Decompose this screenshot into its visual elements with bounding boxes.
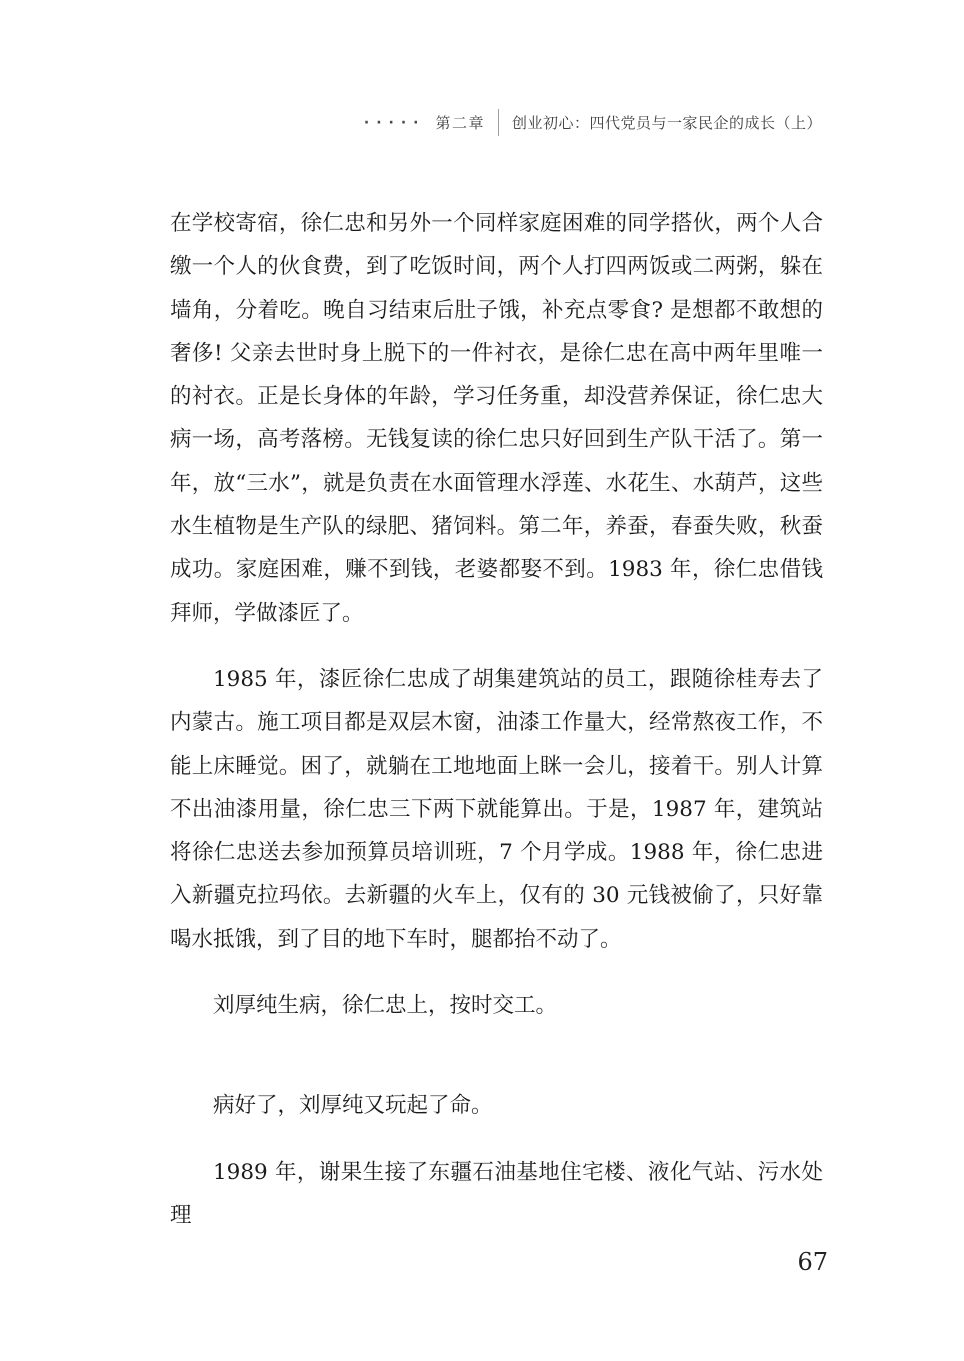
paragraph: 刘厚纯生病，徐仁忠上，按时交工。 bbox=[170, 984, 823, 1027]
paragraph: 病好了，刘厚纯又玩起了命。 bbox=[170, 1084, 823, 1127]
body-text: 在学校寄宿，徐仁忠和另外一个同样家庭困难的同学搭伙，两个人合缴一个人的伙食费，到… bbox=[170, 202, 823, 1260]
paragraph: 1989 年，谢果生接了东疆石油基地住宅楼、液化气站、污水处理 bbox=[170, 1151, 823, 1238]
page-number: 67 bbox=[797, 1248, 828, 1276]
chapter-label: 第二章 bbox=[435, 112, 485, 133]
header-dots: ····· bbox=[364, 115, 426, 131]
page-header: ····· 第二章 创业初心：四代党员与一家民企的成长（上） bbox=[364, 109, 822, 136]
paragraph: 在学校寄宿，徐仁忠和另外一个同样家庭困难的同学搭伙，两个人合缴一个人的伙食费，到… bbox=[170, 202, 823, 635]
book-page: ····· 第二章 创业初心：四代党员与一家民企的成长（上） 在学校寄宿，徐仁忠… bbox=[0, 0, 964, 1361]
header-divider bbox=[498, 109, 499, 136]
chapter-title: 创业初心：四代党员与一家民企的成长（上） bbox=[512, 112, 822, 133]
paragraph: 1985 年，漆匠徐仁忠成了胡集建筑站的员工，跟随徐桂寿去了内蒙古。施工项目都是… bbox=[170, 658, 823, 961]
